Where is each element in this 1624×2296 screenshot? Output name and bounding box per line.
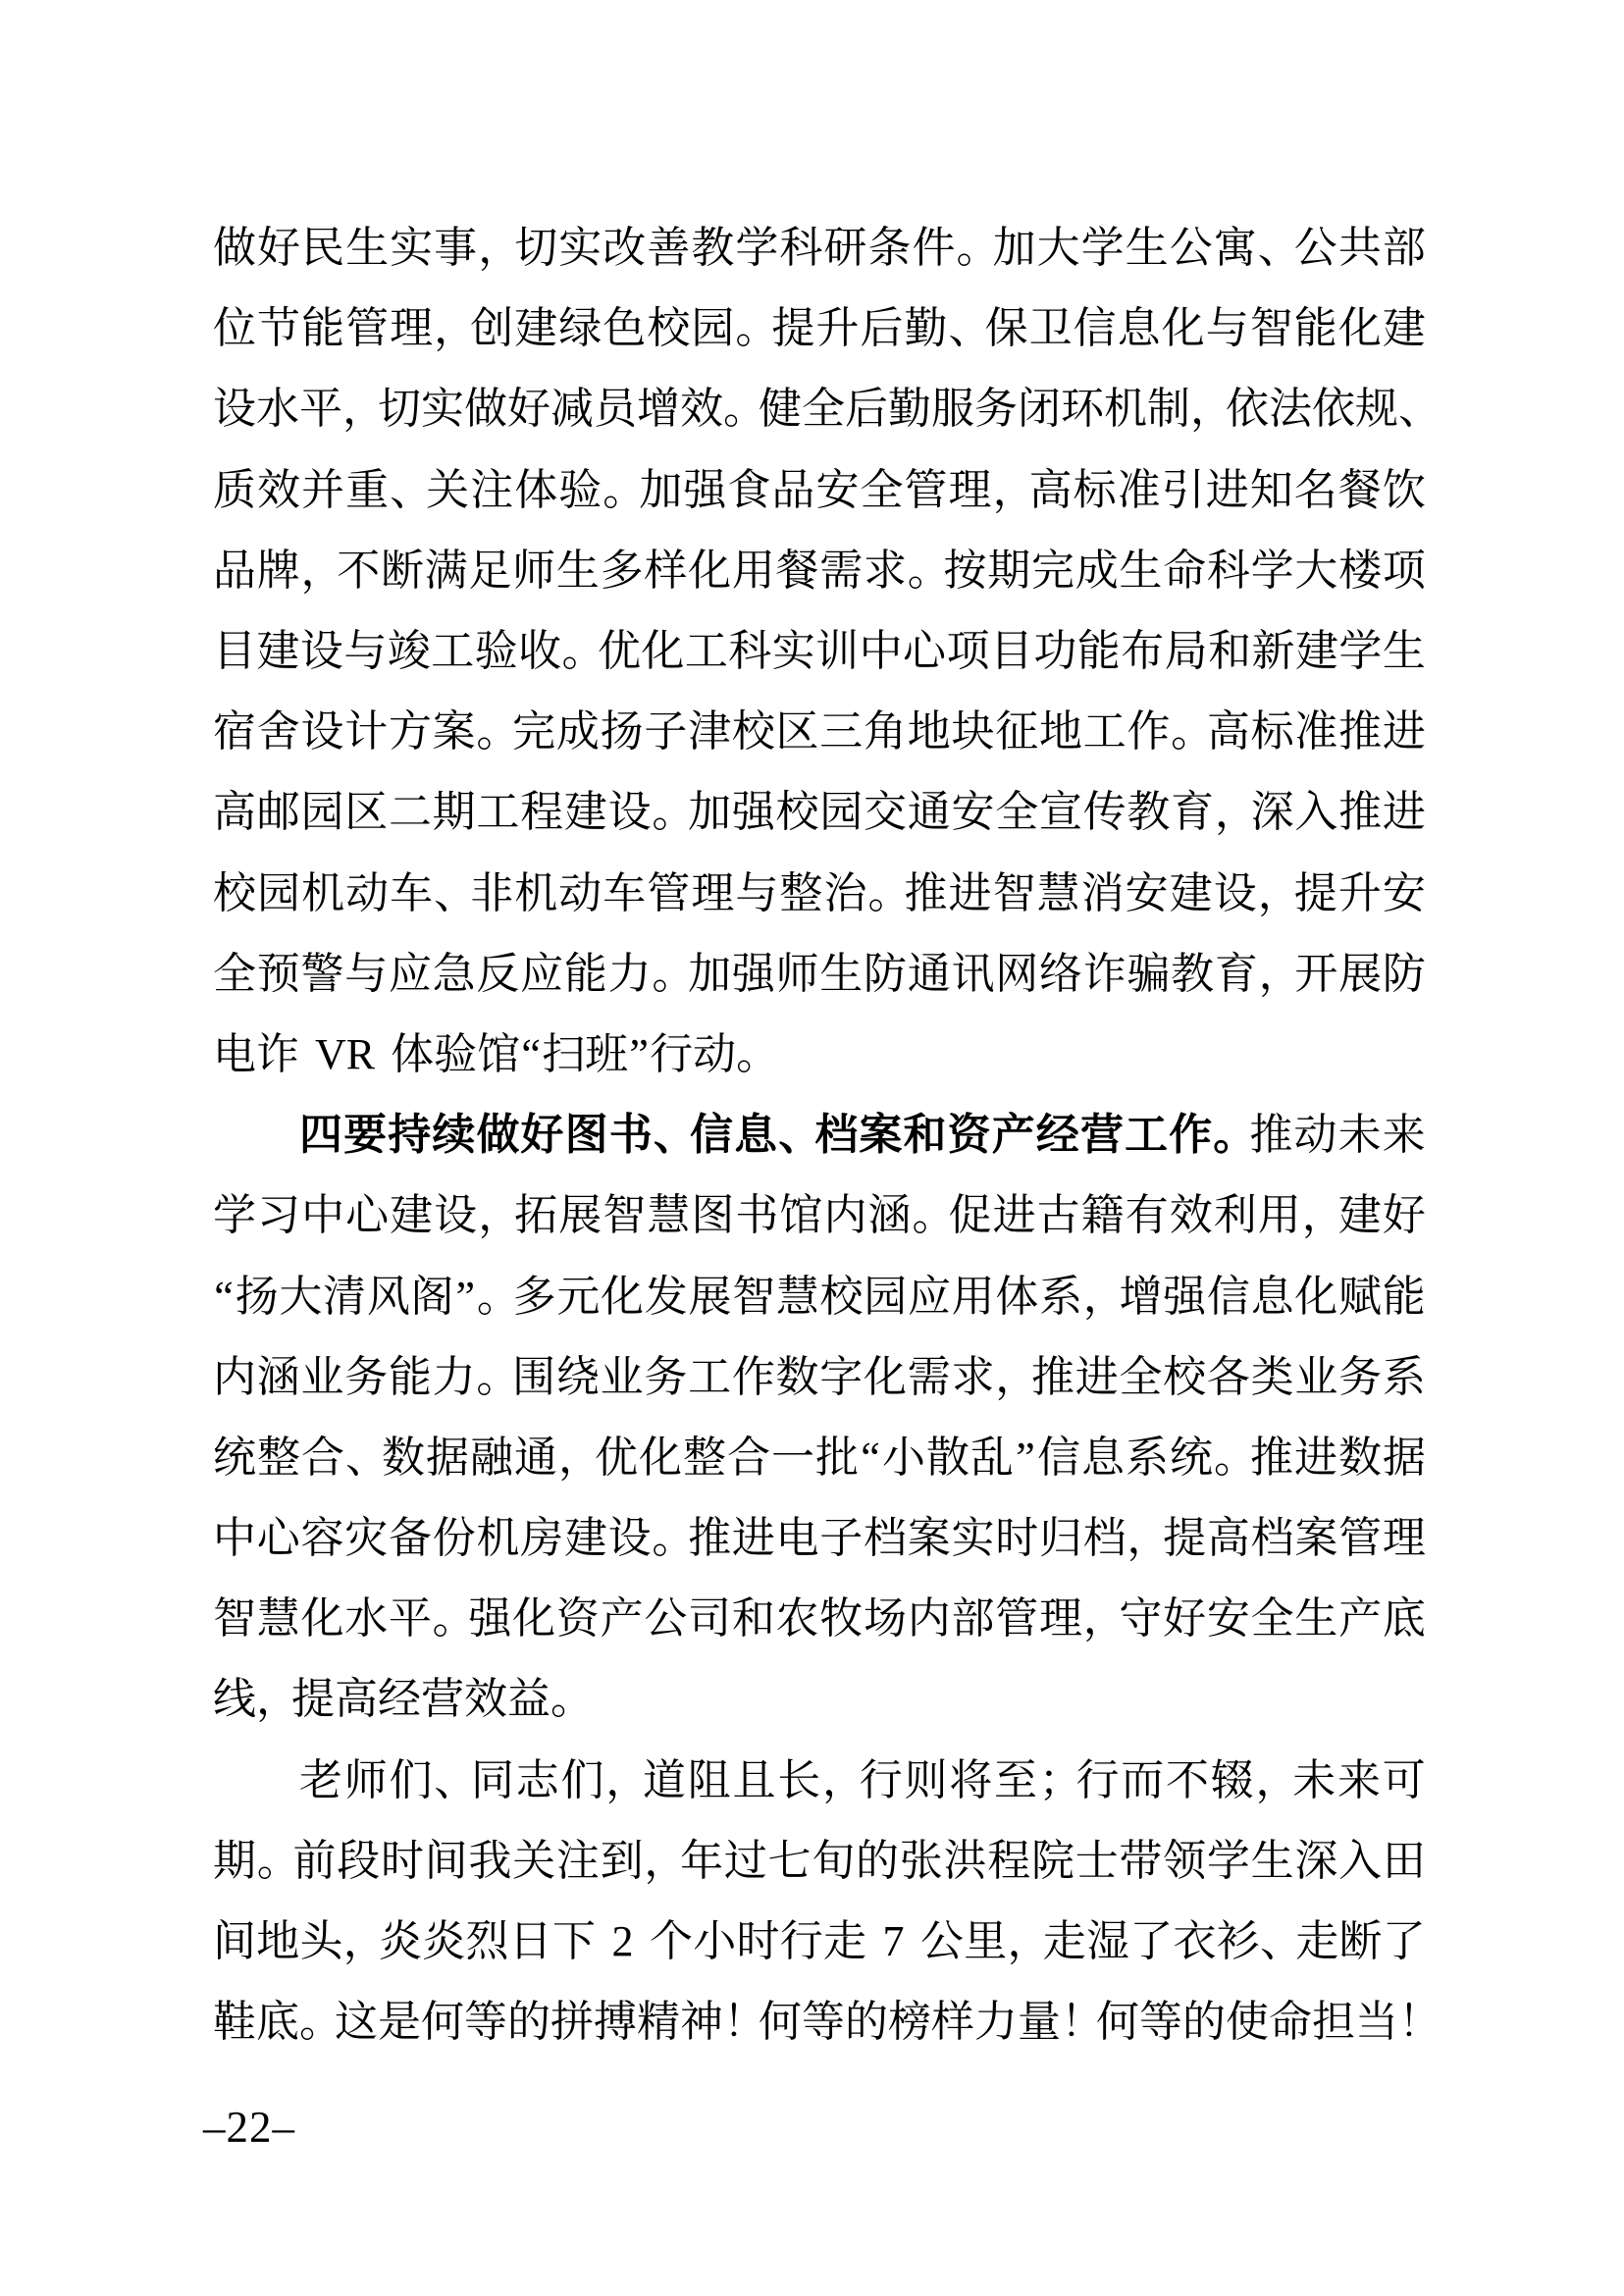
text-line: 电诈 VR 体验馆“扫班”行动。 — [213, 1015, 1426, 1095]
text-line: 目建设与竣工验收。优化工科实训中心项目功能布局和新建学生 — [213, 611, 1426, 692]
page-number: –22– — [203, 2106, 295, 2150]
text-line: 校园机动车、非机动车管理与整治。推进智慧消安建设，提升安 — [213, 854, 1426, 934]
text-line: 位节能管理，创建绿色校园。提升后勤、保卫信息化与智能化建 — [213, 288, 1426, 369]
text-line: 间地头，炎炎烈日下 2 个小时行走 7 公里，走湿了衣衫、走断了 — [213, 1902, 1426, 1982]
document-page: 做好民生实事，切实改善教学科研条件。加大学生公寓、公共部位节能管理，创建绿色校园… — [0, 0, 1624, 2296]
text-line: 统整合、数据融通，优化整合一批“小散乱”信息系统。推进数据 — [213, 1418, 1426, 1498]
text-line: 学习中心建设，拓展智慧图书馆内涵。促进古籍有效利用，建好 — [213, 1175, 1426, 1256]
text-line: 中心容灾备份机房建设。推进电子档案实时归档，提高档案管理 — [213, 1498, 1426, 1579]
text-line: 鞋底。这是何等的拼搏精神！何等的榜样力量！何等的使命担当！ — [213, 1982, 1426, 2062]
text-line: “扬大清风阁”。多元化发展智慧校园应用体系，增强信息化赋能 — [213, 1256, 1426, 1336]
text-line: 质效并重、关注体验。加强食品安全管理，高标准引进知名餐饮 — [213, 450, 1426, 531]
text-line: 做好民生实事，切实改善教学科研条件。加大学生公寓、公共部 — [213, 208, 1426, 288]
text-line: 宿舍设计方案。完成扬子津校区三角地块征地工作。高标准推进 — [213, 692, 1426, 772]
text-line: 内涵业务能力。围绕业务工作数字化需求，推进全校各类业务系 — [213, 1337, 1426, 1418]
text-line: 高邮园区二期工程建设。加强校园交通安全宣传教育，深入推进 — [213, 772, 1426, 853]
text-line: 四要持续做好图书、信息、档案和资产经营工作。推动未来 — [213, 1095, 1426, 1175]
text-line: 全预警与应急反应能力。加强师生防通讯网络诈骗教育，开展防 — [213, 934, 1426, 1015]
text-line: 线，提高经营效益。 — [213, 1659, 1426, 1740]
body-text: 做好民生实事，切实改善教学科研条件。加大学生公寓、公共部位节能管理，创建绿色校园… — [213, 208, 1426, 2062]
text-line: 老师们、同志们，道阻且长，行则将至；行而不辍，未来可 — [213, 1741, 1426, 1821]
text-line: 设水平，切实做好减员增效。健全后勤服务闭环机制，依法依规、 — [213, 369, 1426, 449]
text-line: 期。前段时间我关注到，年过七旬的张洪程院士带领学生深入田 — [213, 1821, 1426, 1902]
text-line: 品牌，不断满足师生多样化用餐需求。按期完成生命科学大楼项 — [213, 531, 1426, 611]
text-line: 智慧化水平。强化资产公司和农牧场内部管理，守好安全生产底 — [213, 1579, 1426, 1659]
